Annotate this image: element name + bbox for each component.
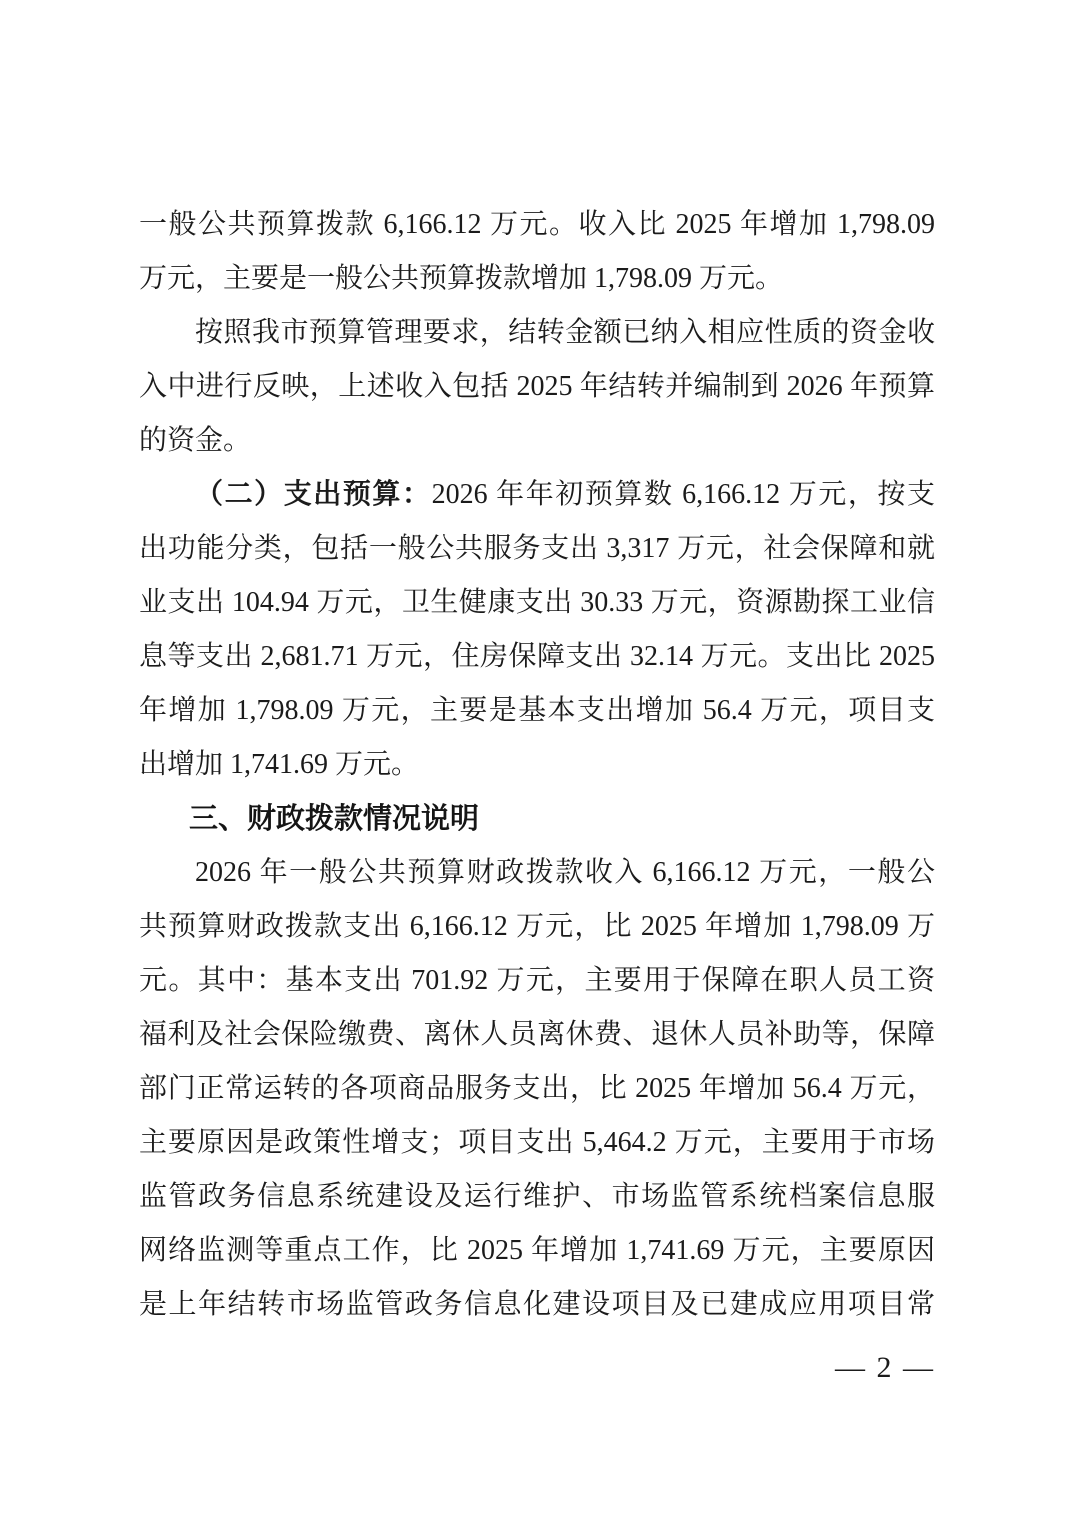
text-line: 监管政务信息系统建设及运行维护、市场监管系统档案信息服务、 [139, 1170, 935, 1224]
text-line: 业支出 104.94 万元，卫生健康支出 30.33 万元，资源勘探工业信 [139, 576, 935, 630]
document-body: 一般公共预算拨款 6,166.12 万元。收入比 2025 年增加 1,798.… [139, 198, 935, 1332]
text-line: 部门正常运转的各项商品服务支出，比 2025 年增加 56.4 万元， [139, 1062, 935, 1116]
text-line: 是上年结转市场监管政务信息化建设项目及已建成应用项目常 [139, 1278, 935, 1332]
text-line: 出功能分类，包括一般公共服务支出 3,317 万元，社会保障和就 [139, 522, 935, 576]
text-line: 共预算财政拨款支出 6,166.12 万元，比 2025 年增加 1,798.0… [139, 900, 935, 954]
text-segment: 2026 年年初预算数 6,166.12 万元，按支 [432, 479, 935, 510]
text-line: 元。其中：基本支出 701.92 万元，主要用于保障在职人员工资 [139, 954, 935, 1008]
text-line: 按照我市预算管理要求，结转金额已纳入相应性质的资金收 [139, 306, 935, 360]
paragraph-carryover: 按照我市预算管理要求，结转金额已纳入相应性质的资金收 入中进行反映，上述收入包括… [139, 306, 935, 468]
text-line: 网络监测等重点工作，比 2025 年增加 1,741.69 万元，主要原因 [139, 1224, 935, 1278]
text-line: 息等支出 2,681.71 万元，住房保障支出 32.14 万元。支出比 202… [139, 630, 935, 684]
text-line: 福利及社会保险缴费、离休人员离休费、退休人员补助等，保障 [139, 1008, 935, 1062]
text-line: 一般公共预算拨款 6,166.12 万元。收入比 2025 年增加 1,798.… [139, 198, 935, 252]
section-heading-fiscal: 三、财政拨款情况说明 [139, 792, 935, 846]
text-line: 的资金。 [139, 414, 935, 468]
text-line: 出增加 1,741.69 万元。 [139, 738, 935, 792]
subsection-label: （二）支出预算： [195, 479, 432, 510]
paragraph-expenditure: （二）支出预算：2026 年年初预算数 6,166.12 万元，按支 出功能分类… [139, 468, 935, 792]
text-line: （二）支出预算：2026 年年初预算数 6,166.12 万元，按支 [139, 468, 935, 522]
text-line: 入中进行反映，上述收入包括 2025 年结转并编制到 2026 年预算 [139, 360, 935, 414]
paragraph-fiscal: 2026 年一般公共预算财政拨款收入 6,166.12 万元，一般公 共预算财政… [139, 846, 935, 1332]
text-line: 主要原因是政策性增支；项目支出 5,464.2 万元，主要用于市场 [139, 1116, 935, 1170]
text-line: 2026 年一般公共预算财政拨款收入 6,166.12 万元，一般公 [139, 846, 935, 900]
text-line: 年增加 1,798.09 万元，主要是基本支出增加 56.4 万元，项目支 [139, 684, 935, 738]
page-number: — 2 — [835, 1351, 935, 1384]
paragraph-income: 一般公共预算拨款 6,166.12 万元。收入比 2025 年增加 1,798.… [139, 198, 935, 306]
page-footer: — 2 — [835, 1348, 935, 1388]
document-page: 一般公共预算拨款 6,166.12 万元。收入比 2025 年增加 1,798.… [0, 0, 1074, 1520]
text-line: 万元，主要是一般公共预算拨款增加 1,798.09 万元。 [139, 252, 935, 306]
